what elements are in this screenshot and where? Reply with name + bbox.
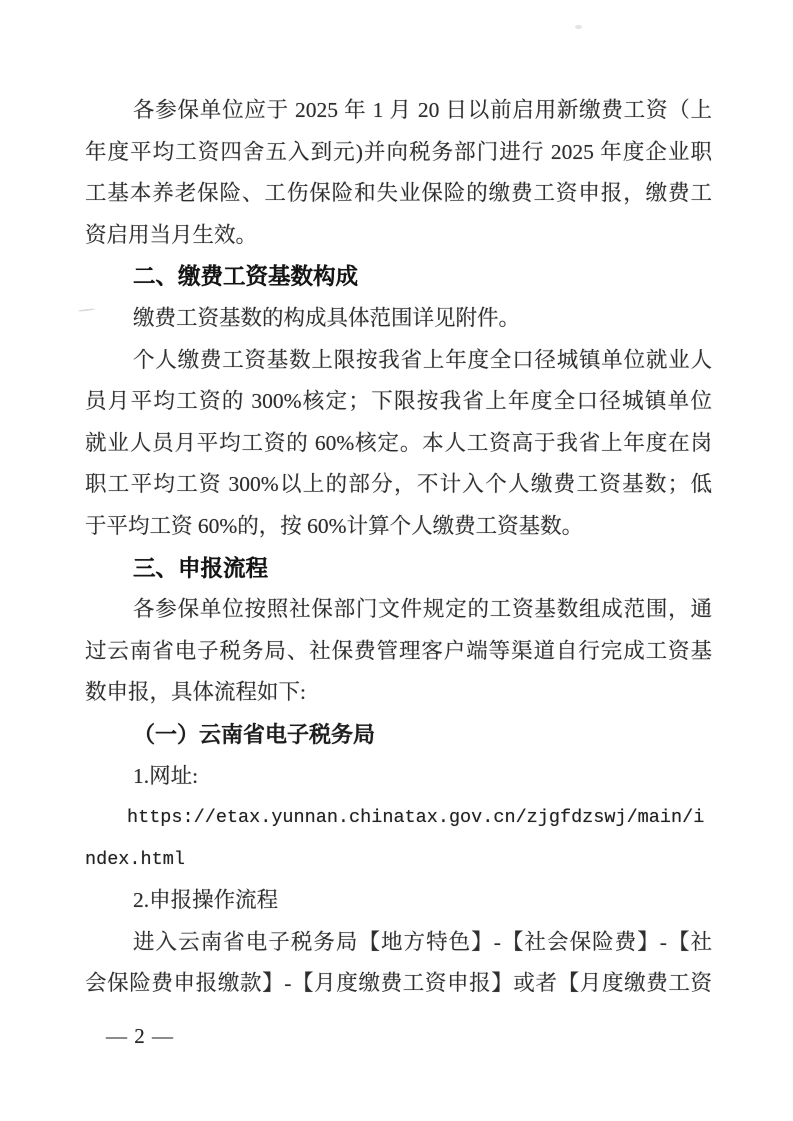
text-line: 过云南省电子税务局、社保费管理客户端等渠道自行完成工资基: [85, 631, 712, 673]
text-line: 员月平均工资的 300%核定；下限按我省上年度全口径城镇单位: [85, 381, 712, 423]
text-line: 就业人员月平均工资的 60%核定。本人工资高于我省上年度在岗: [85, 423, 712, 465]
text-line: 资启用当月生效。: [85, 215, 712, 257]
text-line: 会保险费申报缴款】-【月度缴费工资申报】或者【月度缴费工资: [85, 963, 712, 1005]
document-body: 各参保单位应于 2025 年 1 月 20 日以前启用新缴费工资（上 年度平均工…: [85, 90, 712, 1005]
section-heading: 三、申报流程: [85, 548, 712, 590]
text-line: 年度平均工资四舍五入到元)并向税务部门进行 2025 年度企业职: [85, 132, 712, 174]
text-line: 缴费工资基数的构成具体范围详见附件。: [85, 298, 712, 340]
text-line: 各参保单位按照社保部门文件规定的工资基数组成范围，通: [85, 589, 712, 631]
text-line: 职工平均工资 300%以上的部分，不计入个人缴费工资基数；低: [85, 464, 712, 506]
document-page: 各参保单位应于 2025 年 1 月 20 日以前启用新缴费工资（上 年度平均工…: [0, 0, 793, 1121]
section-heading: 二、缴费工资基数构成: [85, 256, 712, 298]
text-line: 个人缴费工资基数上限按我省上年度全口径城镇单位就业人: [85, 340, 712, 382]
text-line: 各参保单位应于 2025 年 1 月 20 日以前启用新缴费工资（上: [85, 90, 712, 132]
text-line: 于平均工资 60%的，按 60%计算个人缴费工资基数。: [85, 506, 712, 548]
text-line: 1.网址:: [85, 756, 712, 798]
text-line: 进入云南省电子税务局【地方特色】-【社会保险费】-【社: [85, 922, 712, 964]
text-line: 工基本养老保险、工伤保险和失业保险的缴费工资申报，缴费工: [85, 173, 712, 215]
text-line: 数申报，具体流程如下:: [85, 672, 712, 714]
url-line: https://etax.yunnan.chinatax.gov.cn/zjgf…: [85, 797, 712, 839]
subsection-heading: （一）云南省电子税务局: [85, 714, 712, 756]
page-number: — 2 —: [106, 1022, 174, 1050]
scan-speck: [575, 25, 582, 29]
url-line: ndex.html: [85, 839, 712, 881]
text-line: 2.申报操作流程: [85, 880, 712, 922]
